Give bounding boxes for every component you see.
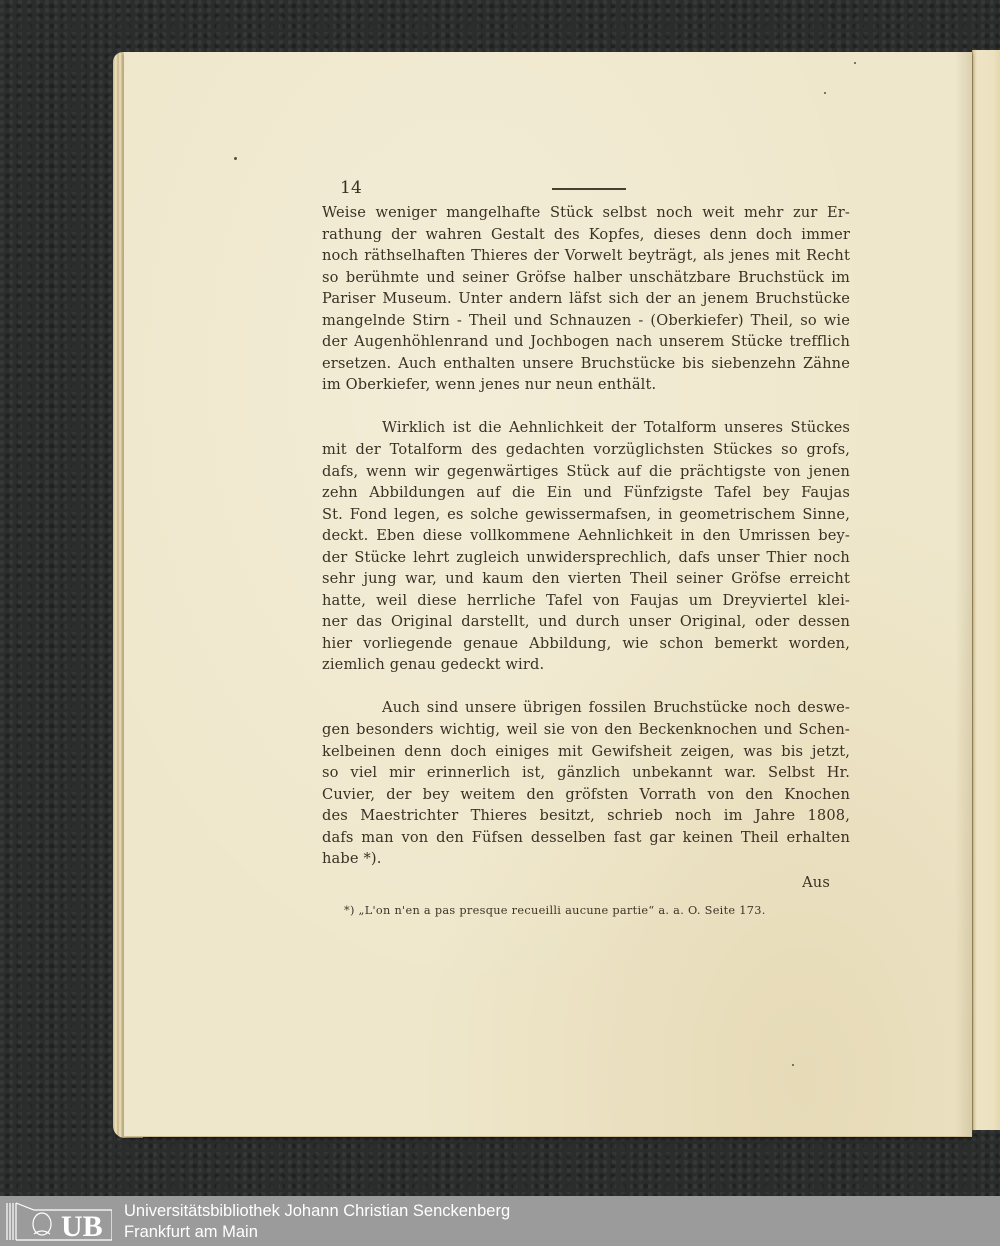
text-line: ner das Original darstellt, und durch un… xyxy=(322,611,850,633)
page-text: 14 Weise weniger mangelhafte Stück selbs… xyxy=(322,178,850,921)
text-line: dafs, wenn wir gegenwärtiges Stück auf d… xyxy=(322,461,850,483)
text-line: so berühmte und seiner Gröfse halber uns… xyxy=(322,267,850,289)
text-line: dafs man von den Füfsen desselben fast g… xyxy=(322,827,850,849)
page-number: 14 xyxy=(340,178,362,200)
text-line: ziemlich genau gedeckt wird. xyxy=(322,654,850,676)
text-line: Auch sind unsere übrigen fossilen Bruchs… xyxy=(322,697,850,719)
text-line: kelbeinen denn doch einiges mit Gewifshe… xyxy=(322,741,850,763)
library-footer-bar: UB Universitätsbibliothek Johann Christi… xyxy=(0,1196,1000,1246)
text-line: ersetzen. Auch enthalten unsere Bruchstü… xyxy=(322,353,850,375)
text-line: hatte, weil diese herrliche Tafel von Fa… xyxy=(322,590,850,612)
text-line: Cuvier, der bey weitem den gröfsten Vorr… xyxy=(322,784,850,806)
text-line: Pariser Museum. Unter andern läfst sich … xyxy=(322,288,850,310)
svg-text:UB: UB xyxy=(61,1210,103,1242)
text-line: noch räthselhaften Thieres der Vorwelt b… xyxy=(322,245,850,267)
text-line: deckt. Eben diese vollkommene Aehnlichke… xyxy=(322,525,850,547)
text-line: der Stücke lehrt zugleich unwidersprechl… xyxy=(322,547,850,569)
text-line: der Augenhöhlenrand und Jochbogen nach u… xyxy=(322,331,850,353)
gutter-shadow xyxy=(955,52,973,1136)
text-line: sehr jung war, und kaum den vierten Thei… xyxy=(322,568,850,590)
paragraph-3: Auch sind unsere übrigen fossilen Bruchs… xyxy=(322,697,850,869)
text-line: mit der Totalform des gedachten vorzügli… xyxy=(322,439,850,461)
text-line: hier vorliegende genaue Abbildung, wie s… xyxy=(322,633,850,655)
paper-speck xyxy=(234,157,237,160)
text-line: rathung der wahren Gestalt des Kopfes, d… xyxy=(322,224,850,246)
paragraph-1: Weise weniger mangelhafte Stück selbst n… xyxy=(322,202,850,396)
header-rule xyxy=(552,188,626,190)
text-line: so viel mir erinnerlich ist, gänzlich un… xyxy=(322,762,850,784)
text-line: zehn Abbildungen auf die Ein und Fünfzig… xyxy=(322,482,850,504)
paragraph-2: Wirklich ist die Aehnlichkeit der Totalf… xyxy=(322,417,850,676)
paper-speck xyxy=(792,1064,794,1066)
text-line: im Oberkiefer, wenn jenes nur neun enthä… xyxy=(322,374,850,396)
facing-page-edge xyxy=(972,50,1000,1130)
running-head: 14 xyxy=(322,178,850,202)
text-line: habe *). xyxy=(322,848,850,870)
text-line: des Maestrichter Thieres besitzt, schrie… xyxy=(322,805,850,827)
institution-name: Universitätsbibliothek Johann Christian … xyxy=(124,1202,510,1221)
text-line: mangelnde Stirn - Theil und Schnauzen - … xyxy=(322,310,850,332)
footnote: *) „L'on n'en a pas presque recueilli au… xyxy=(322,900,850,922)
text-line: gen besonders wichtig, weil sie von den … xyxy=(322,719,850,741)
institution-city: Frankfurt am Main xyxy=(124,1223,258,1242)
paper-speck xyxy=(854,62,856,64)
text-line: Wirklich ist die Aehnlichkeit der Totalf… xyxy=(322,417,850,439)
text-line: St. Fond legen, es solche gewissermafsen… xyxy=(322,504,850,526)
text-line: Weise weniger mangelhafte Stück selbst n… xyxy=(322,202,850,224)
ub-logo-icon: UB xyxy=(4,1200,112,1242)
paper-speck xyxy=(824,92,826,94)
catchword: Aus xyxy=(322,872,850,894)
